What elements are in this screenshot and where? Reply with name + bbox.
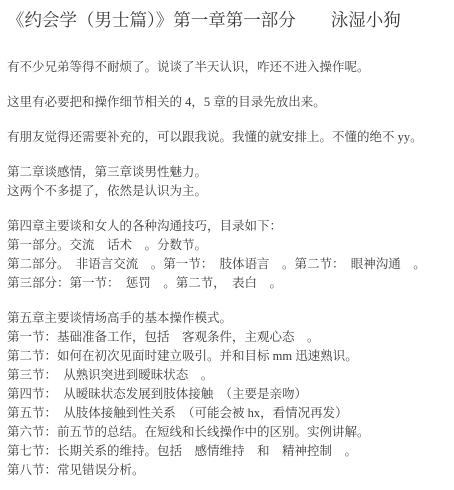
- paragraph: 第五章主要谈情场高手的基本操作模式。第一节：基础准备工作，包括 客观条件，主观心…: [7, 309, 448, 480]
- text-line: 这两个不多提了，依然是认识为主。: [7, 182, 448, 201]
- paragraph: 第二章谈感情，第三章谈男性魅力。这两个不多提了，依然是认识为主。: [7, 163, 448, 201]
- text-line: 有不少兄弟等得不耐烦了。说谈了半天认识，咋还不进入操作呢。: [7, 58, 448, 77]
- document-page: 《约会学（男士篇）》第一章第一部分 泳湿小狗 有不少兄弟等得不耐烦了。说谈了半天…: [0, 0, 454, 490]
- paragraph: 有不少兄弟等得不耐烦了。说谈了半天认识，咋还不进入操作呢。: [7, 58, 448, 77]
- text-line: 第七节：长期关系的维持。包括 感情维持 和 精神控制 。: [7, 442, 448, 461]
- text-line: 第二节：如何在初次见面时建立吸引。并和目标 mm 迅速熟识。: [7, 347, 448, 366]
- text-line: 第八节：常见错误分析。: [7, 461, 448, 480]
- text-line: 第二章谈感情，第三章谈男性魅力。: [7, 163, 448, 182]
- document-title: 《约会学（男士篇）》第一章第一部分 泳湿小狗: [7, 8, 448, 32]
- text-line: 第四节： 从暧昧状态发展到肢体接触 （主要是亲吻）: [7, 385, 448, 404]
- paragraphs: 有不少兄弟等得不耐烦了。说谈了半天认识，咋还不进入操作呢。这里有必要把和操作细节…: [7, 58, 448, 480]
- paragraph: 这里有必要把和操作细节相关的 4，5 章的目录先放出来。: [7, 93, 448, 112]
- text-line: 这里有必要把和操作细节相关的 4，5 章的目录先放出来。: [7, 93, 448, 112]
- text-line: 第三节： 从熟识突进到暧昧状态 。: [7, 366, 448, 385]
- text-line: 第四章主要谈和女人的各种沟通技巧，目录如下：: [7, 217, 448, 236]
- paragraph: 有朋友觉得还需要补充的，可以跟我说。我懂的就安排上。不懂的绝不 yy。: [7, 128, 448, 147]
- paragraph: 第四章主要谈和女人的各种沟通技巧，目录如下：第一部分。交流 话术 。分数节。第二…: [7, 217, 448, 293]
- text-line: 有朋友觉得还需要补充的，可以跟我说。我懂的就安排上。不懂的绝不 yy。: [7, 128, 448, 147]
- text-line: 第五章主要谈情场高手的基本操作模式。: [7, 309, 448, 328]
- text-line: 第一部分。交流 话术 。分数节。: [7, 236, 448, 255]
- text-line: 第六节：前五节的总结。在短线和长线操作中的区别。实例讲解。: [7, 423, 448, 442]
- text-line: 第二部分。 非语言交流 。第一节： 肢体语言 。第二节： 眼神沟通 。: [7, 255, 448, 274]
- text-line: 第一节：基础准备工作，包括 客观条件，主观心态 。: [7, 328, 448, 347]
- text-line: 第三部分：第一节： 惩罚 。第二节， 表白 。: [7, 274, 448, 293]
- text-line: 第五节： 从肢体接触到性关系 （可能会被 hx，看情况再发）: [7, 404, 448, 423]
